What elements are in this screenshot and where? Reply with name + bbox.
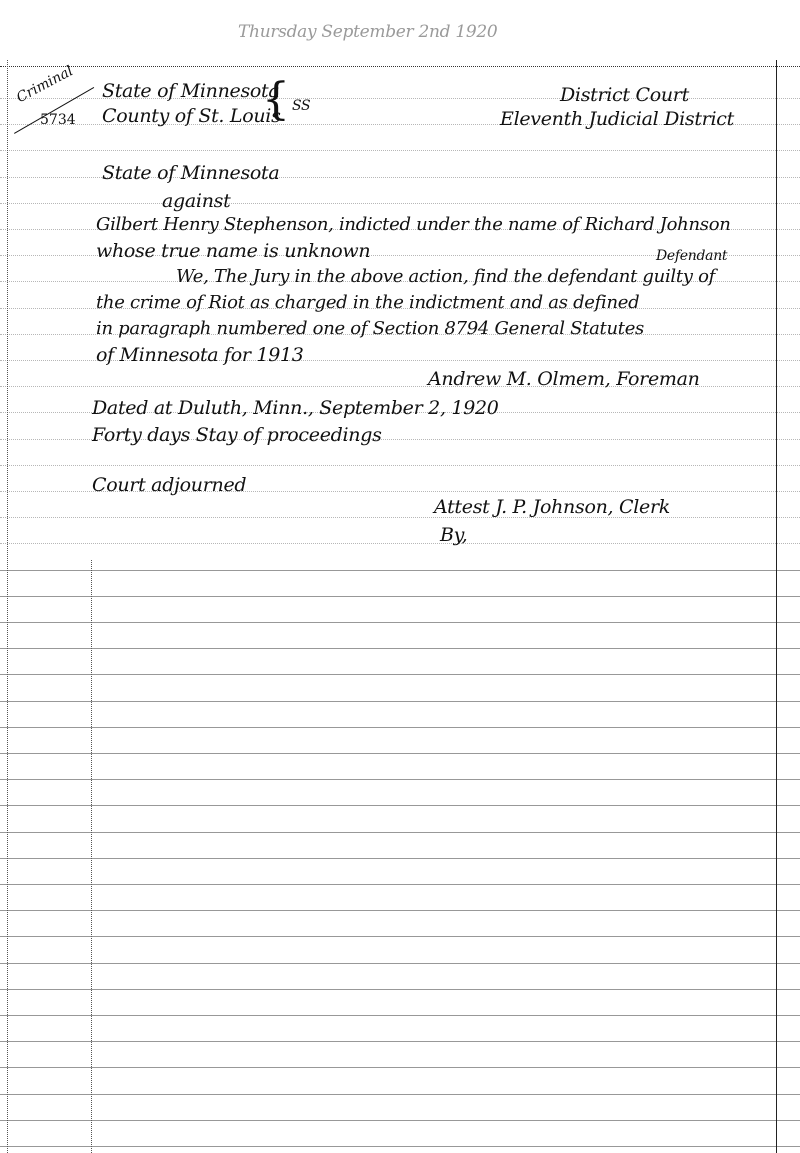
ruled-line (0, 727, 800, 728)
ledger-page: Thursday September 2nd 1920 Criminal 573… (0, 0, 800, 1153)
ruled-line (0, 1120, 800, 1121)
ruled-line (0, 1041, 800, 1042)
ruled-line (0, 910, 800, 911)
ruled-line (0, 701, 800, 702)
ruled-line (0, 779, 800, 780)
ruled-line (0, 832, 800, 833)
ruled-line (0, 805, 800, 806)
left-outer-margin-line (7, 60, 8, 1153)
caption-ss: SS (292, 98, 310, 114)
attest-by: By, (440, 524, 467, 546)
ruled-line (0, 858, 800, 859)
caption-brace: { (262, 78, 290, 122)
caption-state: State of Minnesota (102, 80, 279, 102)
dated-entry: Dated at Duluth, Minn., September 2, 192… (92, 397, 499, 419)
verdict-line-3: in paragraph numbered one of Section 879… (96, 318, 644, 339)
caption-court: District Court (560, 84, 689, 106)
ruled-line (0, 570, 800, 571)
adjourned-entry: Court adjourned (92, 474, 246, 496)
plaintiff: State of Minnesota (102, 162, 279, 184)
ruled-line (0, 150, 800, 151)
left-margin-line (91, 560, 92, 1153)
verdict-line-2: the crime of Riot as charged in the indi… (96, 292, 639, 313)
verdict-line-4: of Minnesota for 1913 (96, 344, 304, 366)
ruled-line (0, 1094, 800, 1095)
foreman-signature: Andrew M. Olmem, Foreman (428, 368, 700, 390)
top-rule (0, 66, 800, 67)
ruled-line (0, 963, 800, 964)
margin-note-label: Criminal (14, 63, 76, 106)
versus: against (162, 190, 230, 212)
caption-county: County of St. Louis (102, 105, 281, 127)
defendant-label: Defendant (656, 248, 727, 264)
ruled-line (0, 884, 800, 885)
ruled-line (0, 753, 800, 754)
attest-signature: Attest J. P. Johnson, Clerk (434, 496, 670, 518)
ruled-line (0, 465, 800, 466)
ruled-line (0, 622, 800, 623)
ruled-line (0, 517, 800, 518)
ruled-line (0, 648, 800, 649)
ruled-line (0, 203, 800, 204)
ruled-line (0, 674, 800, 675)
ruled-line (0, 543, 800, 544)
right-margin-line (776, 60, 777, 1153)
ruled-line (0, 936, 800, 937)
ruled-line (0, 596, 800, 597)
margin-note-number: 5734 (40, 112, 76, 128)
caption-district: Eleventh Judicial District (500, 108, 734, 130)
defendant-line-2: whose true name is unknown (96, 240, 370, 262)
ruled-line (0, 989, 800, 990)
ruled-line (0, 1146, 800, 1147)
header-date: Thursday September 2nd 1920 (238, 22, 497, 42)
ruled-line (0, 1067, 800, 1068)
stay-entry: Forty days Stay of proceedings (92, 424, 382, 446)
defendant-line-1: Gilbert Henry Stephenson, indicted under… (96, 214, 731, 235)
verdict-line-1: We, The Jury in the above action, find t… (176, 266, 715, 287)
ruled-line (0, 1015, 800, 1016)
